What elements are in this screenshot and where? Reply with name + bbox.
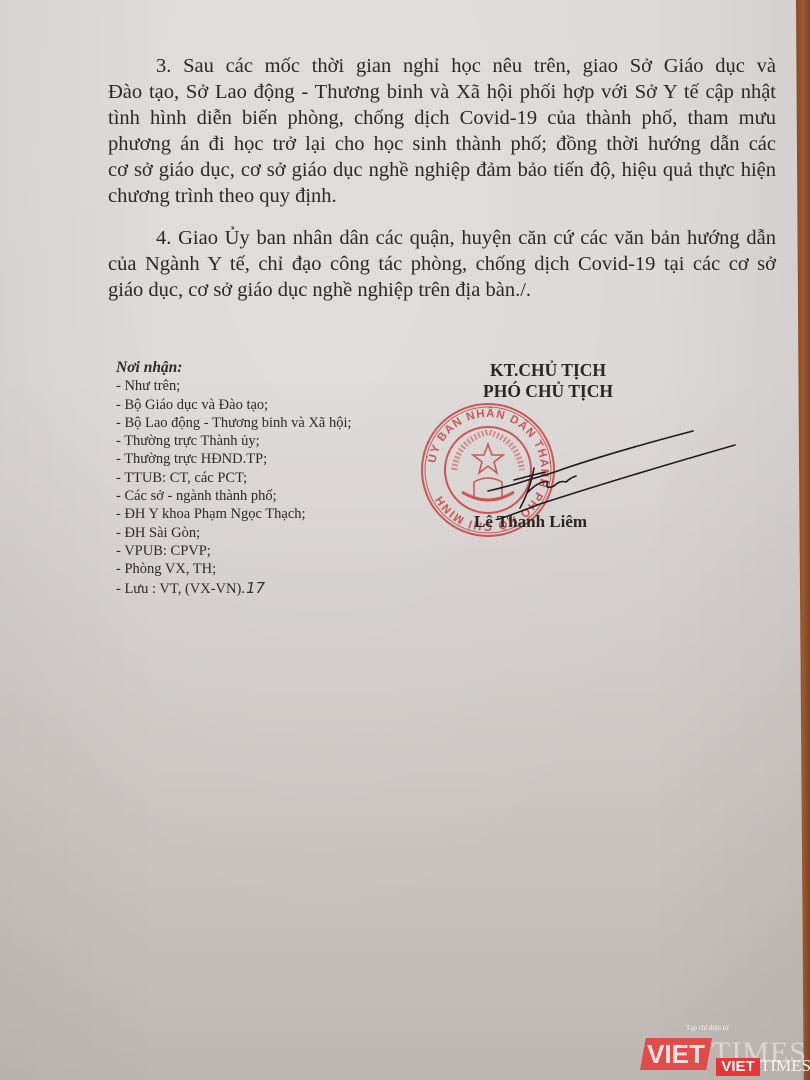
recipient-item: - TTUB: CT, các PCT; (116, 469, 352, 487)
text-line: tình hình diễn biến phòng, chống dịch Co… (108, 105, 776, 131)
text-line: chương trình theo quy định. (108, 183, 776, 209)
recipients-title: Nơi nhận: (116, 359, 352, 377)
handwritten-mark: 17 (246, 579, 265, 597)
paragraph-4: 4. Giao Ủy ban nhân dân các quận, huyện … (108, 225, 776, 303)
watermark-tagline: Tạp chí điện tử (686, 1024, 728, 1032)
recipient-item: - Các sở - ngành thành phố; (116, 487, 352, 505)
text-line: giáo dục, cơ sở giáo dục nghề nghiệp trê… (108, 277, 776, 303)
recipient-item: - Lưu : VT, (VX-VN).17 (116, 579, 352, 598)
watermark-brand-left-small: VIET (716, 1058, 760, 1076)
text-line: phương án đi học trở lại cho học sinh th… (108, 131, 776, 157)
recipient-item: - VPUB: CPVP; (116, 542, 352, 560)
signer-name: Lê Thanh Liêm (474, 512, 587, 532)
text-line: 3. Sau các mốc thời gian nghỉ học nêu tr… (108, 53, 776, 79)
text-line: của Ngành Y tế, chỉ đạo công tác phòng, … (108, 251, 776, 277)
recipient-item: - ĐH Sài Gòn; (116, 524, 352, 542)
recipient-item: - Bộ Lao động - Thương binh và Xã hội; (116, 414, 352, 432)
signature-icon (470, 420, 740, 520)
table-edge (796, 0, 810, 1080)
signer-capacity: KT.CHỦ TỊCH (468, 360, 628, 381)
recipient-item: - Như trên; (116, 377, 352, 395)
paragraph-3: 3. Sau các mốc thời gian nghỉ học nêu tr… (108, 53, 776, 209)
recipient-item: - Thường trực Thành ủy; (116, 432, 352, 450)
signature-block: KT.CHỦ TỊCH PHÓ CHỦ TỊCH (468, 360, 628, 402)
recipients-list: Nơi nhận: - Như trên; - Bộ Giáo dục và Đ… (116, 359, 352, 598)
text-line: 4. Giao Ủy ban nhân dân các quận, huyện … (108, 225, 776, 251)
viettimes-watermark: Tạp chí điện tử VIET TIMES VIET TIMES (636, 1022, 808, 1078)
text-line: cơ sở giáo dục, cơ sở giáo dục nghề nghi… (108, 157, 776, 183)
watermark-brand-right-small: TIMES (760, 1056, 810, 1076)
watermark-brand-left: VIET (640, 1038, 712, 1070)
recipient-item: - ĐH Y khoa Phạm Ngọc Thạch; (116, 505, 352, 523)
recipient-item: - Phòng VX, TH; (116, 560, 352, 578)
recipient-item: - Bộ Giáo dục và Đào tạo; (116, 396, 352, 414)
text-line: Đào tạo, Sở Lao động - Thương binh và Xã… (108, 79, 776, 105)
signer-title: PHÓ CHỦ TỊCH (468, 381, 628, 402)
archive-line: - Lưu : VT, (VX-VN). (116, 581, 245, 597)
recipient-item: - Thường trực HĐND.TP; (116, 450, 352, 468)
